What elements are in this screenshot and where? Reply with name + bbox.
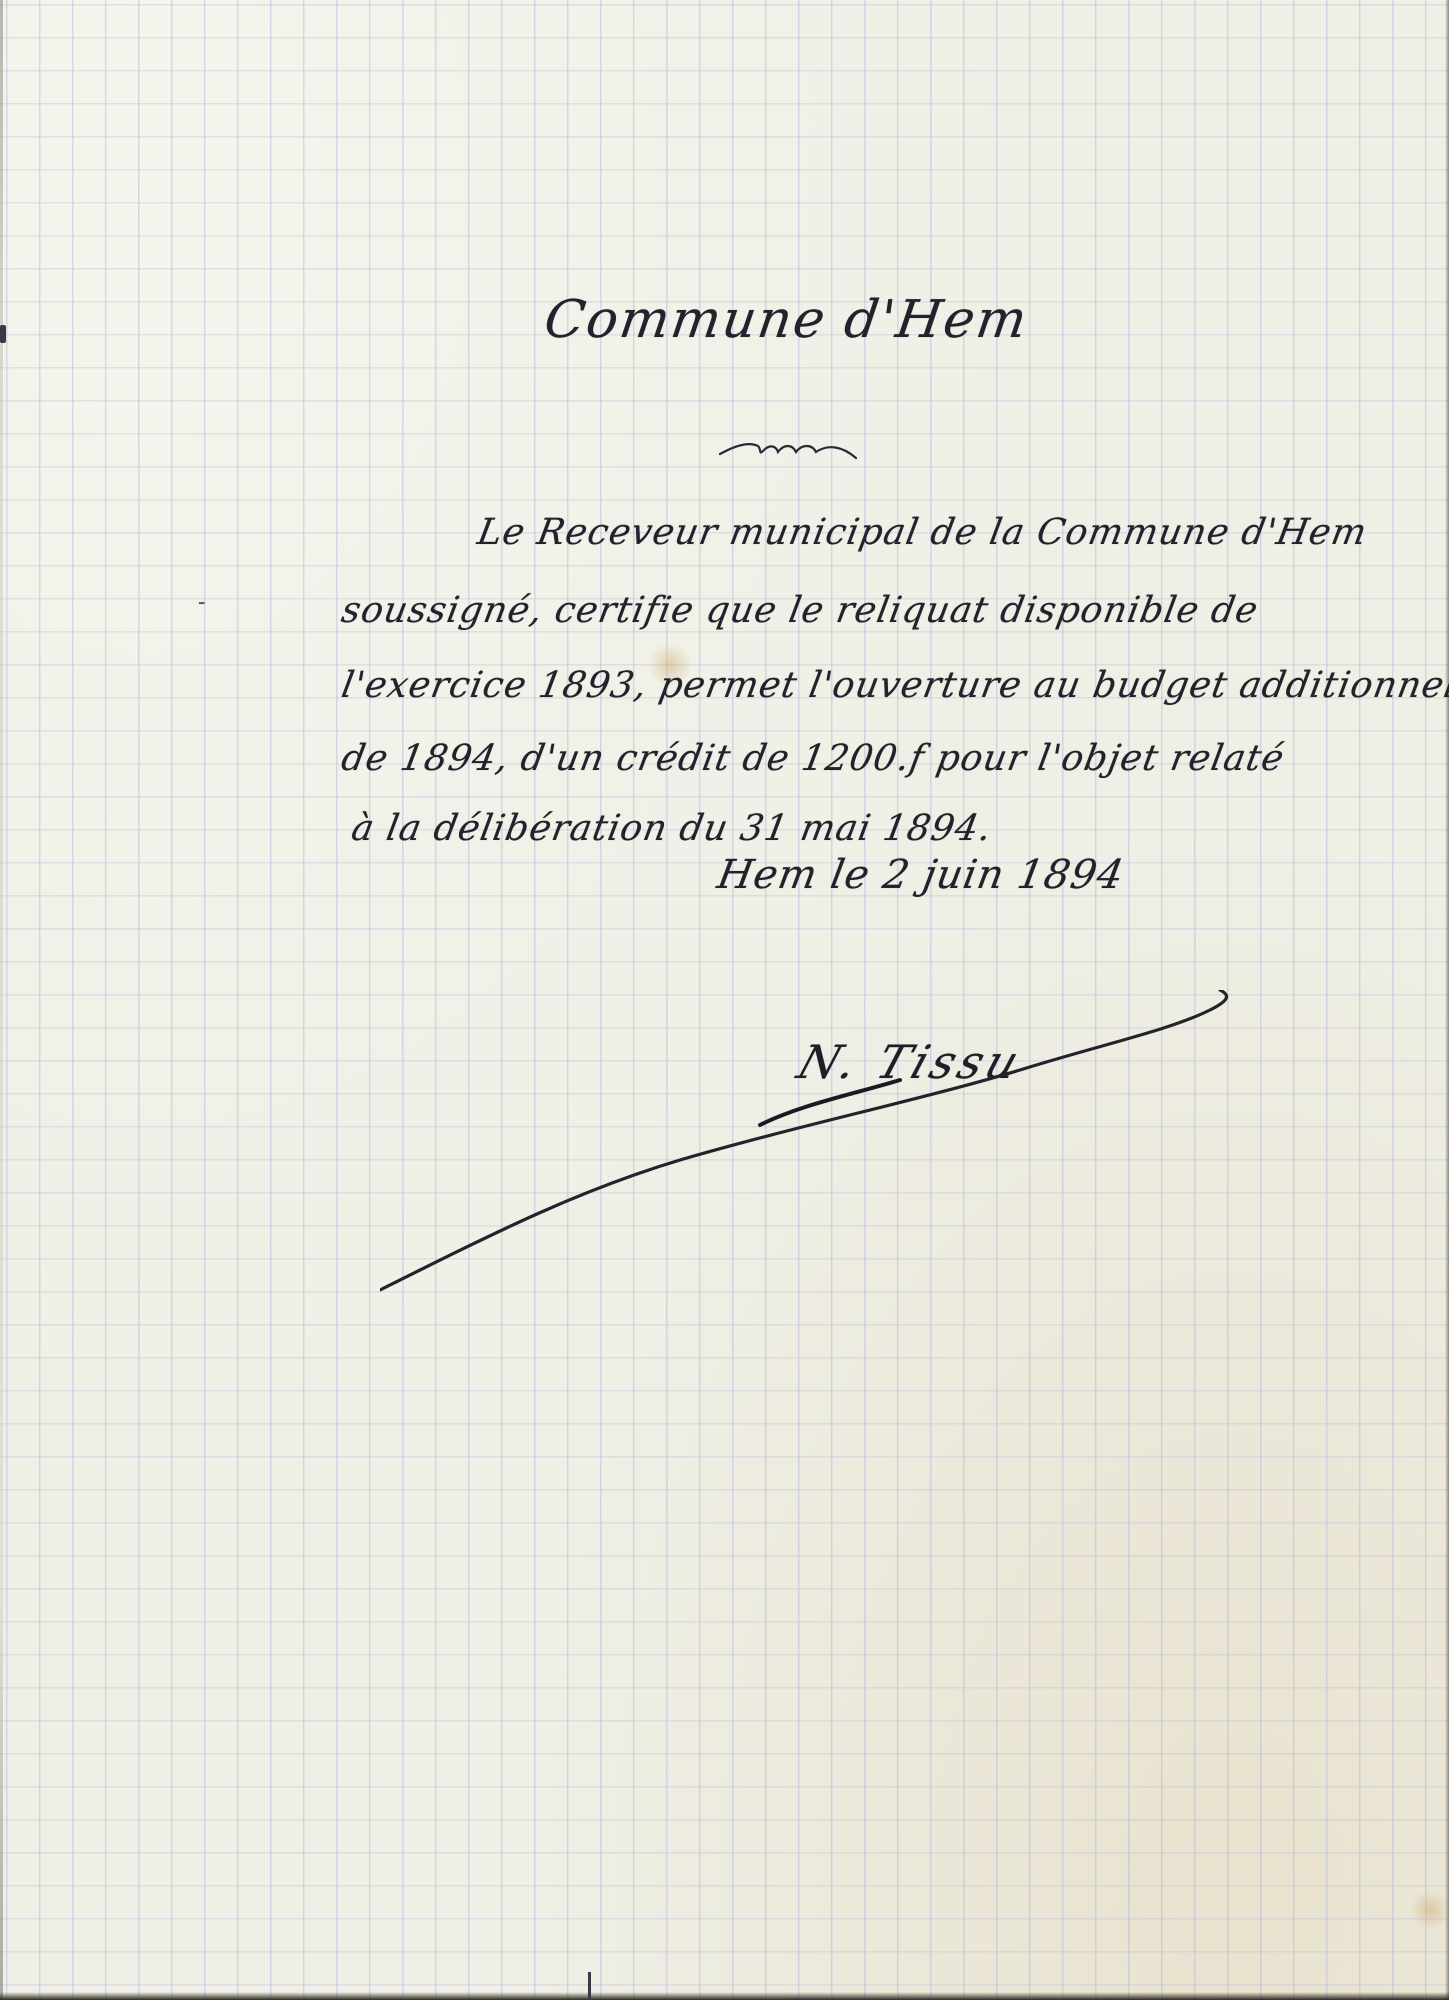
title-flourish-icon — [718, 432, 858, 462]
body-line-4: de 1894, d'un crédit de 1200.f pour l'ob… — [338, 738, 1287, 779]
place-and-date: Hem le 2 juin 1894 — [714, 852, 1128, 898]
signature-flourish-icon — [380, 990, 1260, 1310]
body-line-2: soussigné, certifie que le reliquat disp… — [338, 590, 1261, 631]
edge-ink-mark — [0, 325, 6, 343]
paper-bottom-edge — [0, 1992, 1449, 2000]
bottom-ink-mark — [588, 1972, 591, 2000]
paper-right-edge — [1445, 0, 1449, 2000]
body-line-1: Le Receveur municipal de la Commune d'He… — [474, 512, 1370, 553]
margin-mark: - — [198, 590, 206, 615]
body-line-3: l'exercice 1893, permet l'ouverture au b… — [338, 665, 1449, 706]
document-title: Commune d'Hem — [541, 290, 1032, 350]
paper-left-edge — [0, 0, 3, 2000]
paper-stain — [1410, 1890, 1449, 1930]
body-line-5: à la délibération du 31 mai 1894. — [348, 808, 995, 849]
